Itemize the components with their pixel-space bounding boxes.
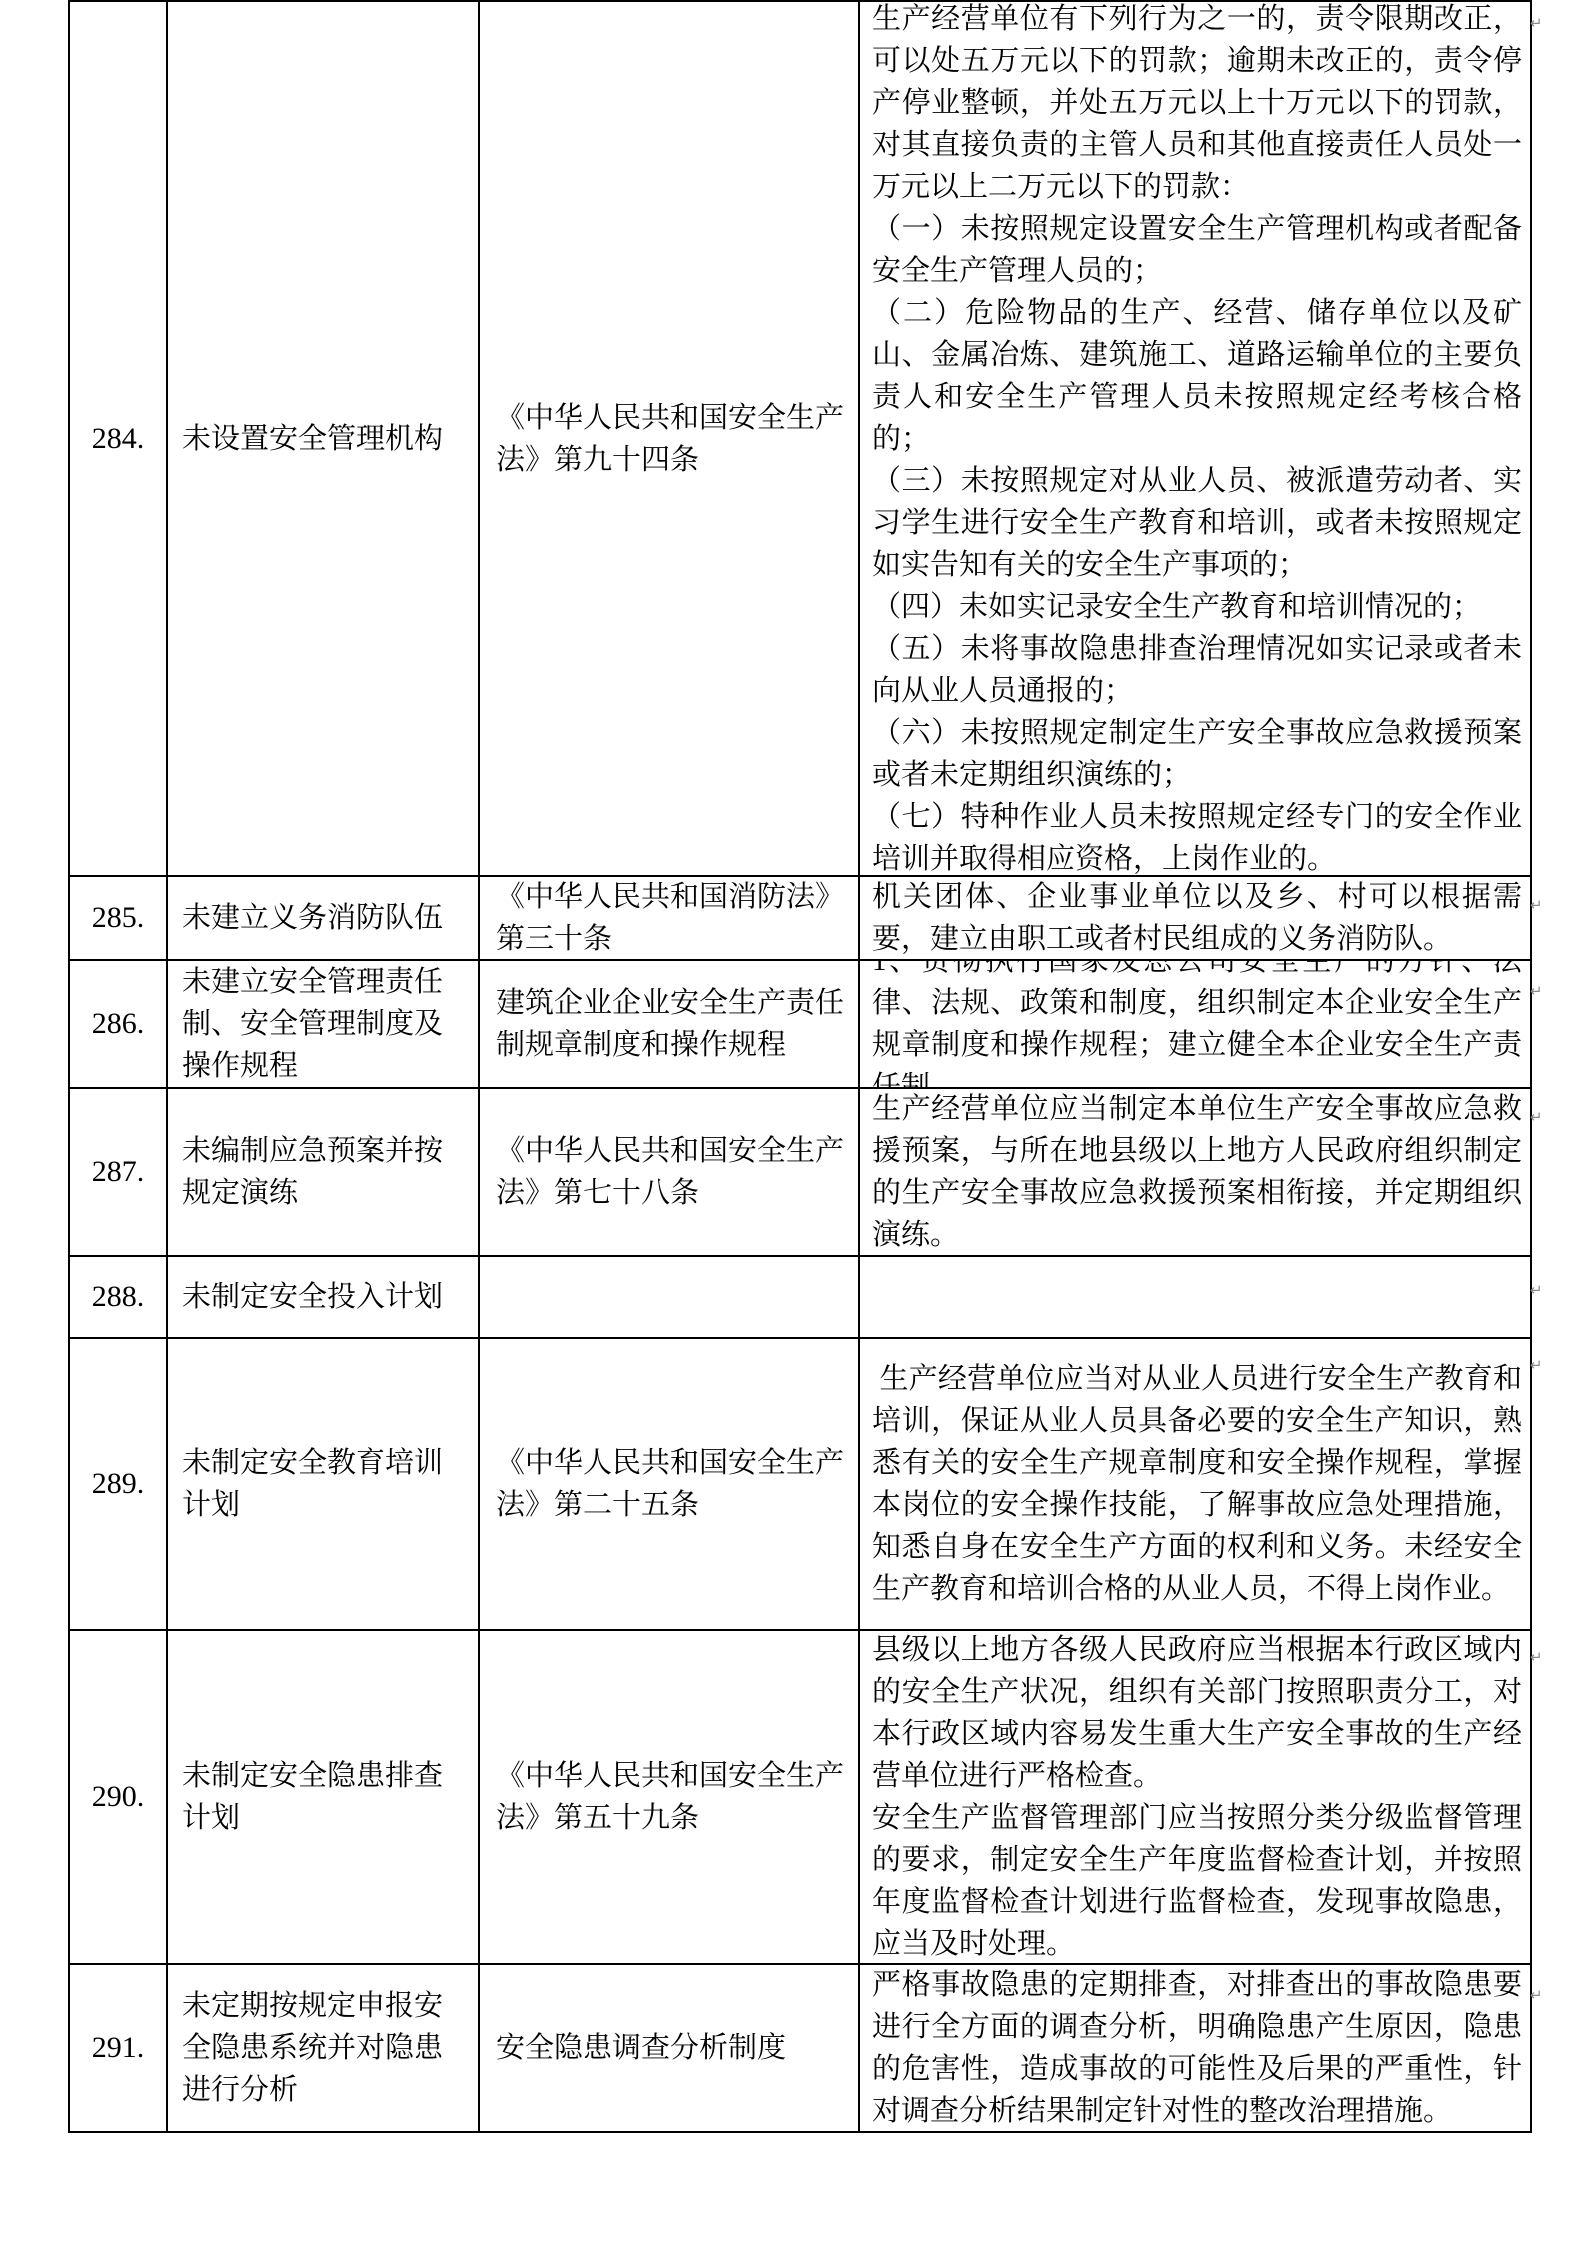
legal-basis-cell: 《中华人民共和国安全生产法》第七十八条 [480, 1089, 860, 1255]
row-number-cell: 286. [70, 961, 168, 1087]
violation-text: 未制定安全教育培训计划 [182, 1442, 470, 1526]
row-number-cell: 291. [70, 1965, 168, 2131]
row-number: 290. [92, 1780, 145, 1814]
row-number-cell: 290. [70, 1631, 168, 1963]
paragraph-mark-icon: ↵ [1530, 1110, 1543, 1125]
table-row: 291. 未定期按规定申报安全隐患系统并对隐患进行分析 安全隐患调查分析制度 严… [70, 1965, 1530, 2131]
description-cell: 生产经营单位应当对从业人员进行安全生产教育和培训，保证从业人员具备必要的安全生产… [860, 1339, 1530, 1629]
violation-cell: 未建立安全管理责任制、安全管理制度及操作规程 [168, 961, 480, 1087]
row-number-cell: 285. [70, 877, 168, 959]
violation-cell: 未定期按规定申报安全隐患系统并对隐患进行分析 [168, 1965, 480, 2131]
violation-text: 未制定安全隐患排查计划 [182, 1755, 470, 1839]
violation-text: 未定期按规定申报安全隐患系统并对隐患进行分析 [182, 1985, 470, 2111]
table-row: 290. 未制定安全隐患排查计划 《中华人民共和国安全生产法》第五十九条 县级以… [70, 1631, 1530, 1965]
description-cell: 生产经营单位应当制定本单位生产安全事故应急救援预案，与所在地县级以上地方人民政府… [860, 1089, 1530, 1255]
row-number: 287. [92, 1155, 145, 1189]
legal-basis-cell [480, 1257, 860, 1337]
row-number: 286. [92, 1007, 145, 1041]
legal-basis-text: 《中华人民共和国安全生产法》第七十八条 [496, 1130, 850, 1214]
table-row: 285. 未建立义务消防队伍 《中华人民共和国消防法》第三十条 机关团体、企业事… [70, 877, 1530, 961]
paragraph-mark-icon: ↵ [1530, 16, 1543, 31]
row-number-cell: 284. [70, 2, 168, 875]
description-cell [860, 1257, 1530, 1337]
table-row: 288. 未制定安全投入计划 [70, 1257, 1530, 1339]
legal-basis-cell: 建筑企业企业安全生产责任制规章制度和操作规程 [480, 961, 860, 1087]
description-text: 生产经营单位应当对从业人员进行安全生产教育和培训，保证从业人员具备必要的安全生产… [872, 1358, 1522, 1610]
description-cell: 生产经营单位有下列行为之一的，责令限期改正，可以处五万元以下的罚款；逾期未改正的… [860, 2, 1530, 875]
description-cell: 机关团体、企业事业单位以及乡、村可以根据需要，建立由职工或者村民组成的义务消防队… [860, 877, 1530, 959]
legal-basis-cell: 安全隐患调查分析制度 [480, 1965, 860, 2131]
violation-text: 未建立安全管理责任制、安全管理制度及操作规程 [182, 961, 470, 1087]
row-number: 285. [92, 901, 145, 935]
row-number-cell: 287. [70, 1089, 168, 1255]
description-text: 县级以上地方各级人民政府应当根据本行政区域内的安全生产状况，组织有关部门按照职责… [872, 1631, 1522, 1963]
legal-basis-text: 《中华人民共和国安全生产法》第九十四条 [496, 397, 850, 481]
paragraph-mark-icon: ↵ [1530, 898, 1543, 913]
violation-text: 未建立义务消防队伍 [182, 897, 470, 939]
paragraph-mark-icon: ↵ [1530, 1358, 1543, 1373]
description-cell: 县级以上地方各级人民政府应当根据本行政区域内的安全生产状况，组织有关部门按照职责… [860, 1631, 1530, 1963]
description-text: 严格事故隐患的定期排查，对排查出的事故隐患要进行全方面的调查分析，明确隐患产生原… [872, 1965, 1522, 2131]
legal-basis-text: 建筑企业企业安全生产责任制规章制度和操作规程 [496, 982, 850, 1066]
description-text: 机关团体、企业事业单位以及乡、村可以根据需要，建立由职工或者村民组成的义务消防队… [872, 877, 1522, 959]
violation-cell: 未制定安全隐患排查计划 [168, 1631, 480, 1963]
row-number: 291. [92, 2031, 145, 2065]
description-text: 生产经营单位有下列行为之一的，责令限期改正，可以处五万元以下的罚款；逾期未改正的… [872, 2, 1522, 875]
document-page: { "table": { "rows": [ { "number": "284.… [0, 0, 1587, 2245]
legal-basis-cell: 《中华人民共和国消防法》第三十条 [480, 877, 860, 959]
violation-text: 未编制应急预案并按规定演练 [182, 1130, 470, 1214]
paragraph-mark-icon: ↵ [1530, 1283, 1543, 1298]
description-text: 生产经营单位应当制定本单位生产安全事故应急救援预案，与所在地县级以上地方人民政府… [872, 1089, 1522, 1255]
table-row: 284. 未设置安全管理机构 《中华人民共和国安全生产法》第九十四条 生产经营单… [70, 2, 1530, 877]
violation-text: 未制定安全投入计划 [182, 1276, 470, 1318]
legal-basis-cell: 《中华人民共和国安全生产法》第二十五条 [480, 1339, 860, 1629]
table-row: 289. 未制定安全教育培训计划 《中华人民共和国安全生产法》第二十五条 生产经… [70, 1339, 1530, 1631]
violation-cell: 未设置安全管理机构 [168, 2, 480, 875]
legal-basis-cell: 《中华人民共和国安全生产法》第五十九条 [480, 1631, 860, 1963]
legal-basis-text: 《中华人民共和国消防法》第三十条 [496, 877, 850, 959]
legal-basis-text: 《中华人民共和国安全生产法》第五十九条 [496, 1755, 850, 1839]
legal-basis-text: 《中华人民共和国安全生产法》第二十五条 [496, 1442, 850, 1526]
row-number-cell: 289. [70, 1339, 168, 1629]
row-number: 288. [92, 1280, 145, 1314]
violation-cell: 未制定安全投入计划 [168, 1257, 480, 1337]
violation-cell: 未建立义务消防队伍 [168, 877, 480, 959]
legal-basis-text: 安全隐患调查分析制度 [496, 2027, 850, 2069]
table-row: 286. 未建立安全管理责任制、安全管理制度及操作规程 建筑企业企业安全生产责任… [70, 961, 1530, 1089]
violation-cell: 未编制应急预案并按规定演练 [168, 1089, 480, 1255]
row-number: 284. [92, 422, 145, 456]
legal-basis-cell: 《中华人民共和国安全生产法》第九十四条 [480, 2, 860, 875]
paragraph-mark-icon: ↵ [1530, 984, 1543, 999]
violation-text: 未设置安全管理机构 [182, 418, 470, 460]
paragraph-mark-icon: ↵ [1530, 1988, 1543, 2003]
description-text: 1、贯彻执行国家及总公司安全生产的方针、法律、法规、政策和制度，组织制定本企业安… [872, 961, 1522, 1087]
violation-cell: 未制定安全教育培训计划 [168, 1339, 480, 1629]
regulation-table: 284. 未设置安全管理机构 《中华人民共和国安全生产法》第九十四条 生产经营单… [68, 0, 1532, 2133]
description-cell: 严格事故隐患的定期排查，对排查出的事故隐患要进行全方面的调查分析，明确隐患产生原… [860, 1965, 1530, 2131]
paragraph-mark-icon: ↵ [1530, 1650, 1543, 1665]
row-number: 289. [92, 1467, 145, 1501]
description-cell: 1、贯彻执行国家及总公司安全生产的方针、法律、法规、政策和制度，组织制定本企业安… [860, 961, 1530, 1087]
table-row: 287. 未编制应急预案并按规定演练 《中华人民共和国安全生产法》第七十八条 生… [70, 1089, 1530, 1257]
row-number-cell: 288. [70, 1257, 168, 1337]
